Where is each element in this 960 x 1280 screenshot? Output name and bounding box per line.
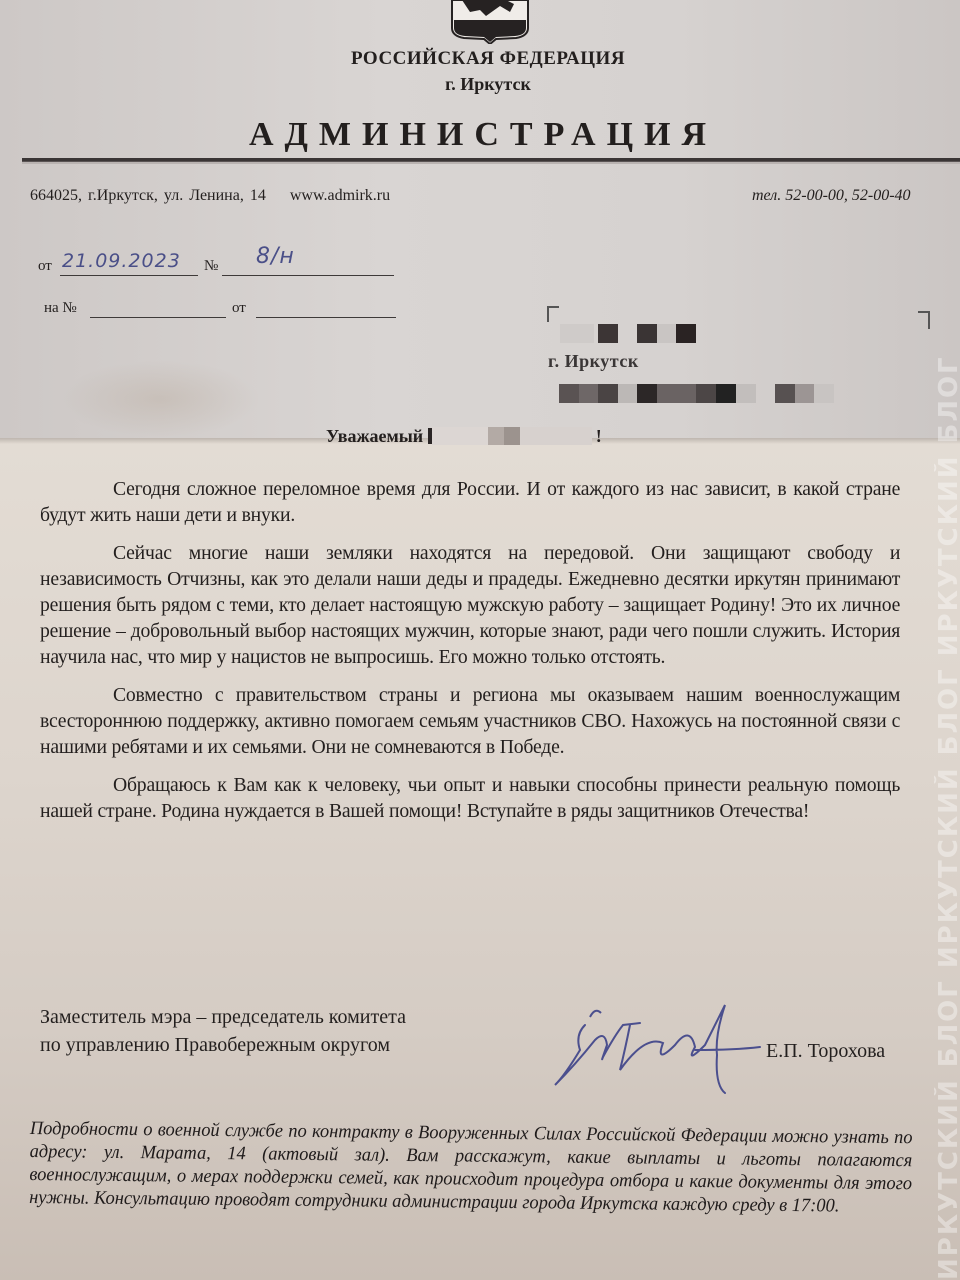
ref-number-label: на №: [44, 300, 77, 317]
greeting-name-redacted: [432, 427, 592, 445]
watermark-irkutsk-blog: ИРКУТСКИЙ БЛОГ ИРКУТСКИЙ БЛОГ ИРКУТСКИЙ …: [934, 0, 960, 1280]
footnote-recruitment-info: Подробности о военной службе по контракт…: [29, 1117, 913, 1218]
signatory-title-line-1: Заместитель мэра – председатель комитета: [40, 1003, 406, 1031]
signatory-title-line-2: по управлению Правобережным округом: [40, 1031, 406, 1059]
phone-label: тел.: [752, 187, 781, 204]
letterhead-country: РОССИЙСКАЯ ФЕДЕРАЦИЯ: [0, 48, 960, 70]
body-paragraph-1: Сегодня сложное переломное время для Рос…: [40, 476, 900, 528]
phone-numbers: 52-00-00, 52-00-40: [785, 187, 910, 204]
letterhead-city: г. Иркутск: [0, 74, 960, 95]
letterhead-phone-line: тел. 52-00-00, 52-00-40: [752, 187, 911, 205]
letterhead-divider: [22, 158, 960, 162]
recipient-corner-mark-left: [547, 306, 559, 322]
body-paragraph-3: Совместно с правительством страны и реги…: [40, 682, 900, 760]
body-paragraph-4: Обращаюсь к Вам как к человеку, чьи опыт…: [40, 772, 900, 824]
number-label: №: [204, 258, 218, 275]
handwritten-signature-icon: [545, 995, 770, 1100]
number-field: [222, 255, 394, 276]
recipient-city: г. Иркутск: [548, 351, 639, 372]
signatory-title: Заместитель мэра – председатель комитета…: [40, 1003, 406, 1059]
ref-number-field: [90, 297, 226, 318]
letter-body: Сегодня сложное переломное время для Рос…: [40, 476, 900, 836]
greeting: Уважаемый !: [326, 426, 602, 447]
letterhead-address: 664025, г.Иркутск, ул. Ленина, 14: [30, 187, 266, 204]
signatory-name: Е.П. Торохова: [766, 1040, 885, 1063]
recipient-corner-mark-right: [918, 311, 930, 329]
letterhead-organization: АДМИНИСТРАЦИЯ: [0, 116, 960, 154]
letterhead-website: www.admirk.ru: [290, 187, 390, 204]
ref-date-field: [256, 297, 396, 318]
number-value: 8/н: [256, 244, 295, 269]
coat-of-arms-icon: [450, 0, 530, 44]
body-paragraph-2: Сейчас многие наши земляки находятся на …: [40, 540, 900, 670]
date-value: 21.09.2023: [62, 250, 181, 272]
date-label: от: [38, 258, 52, 275]
greeting-suffix: !: [596, 426, 602, 446]
ref-date-label: от: [232, 300, 246, 317]
letterhead-address-line: 664025, г.Иркутск, ул. Ленина, 14 www.ad…: [30, 187, 390, 205]
greeting-prefix: Уважаемый: [326, 426, 423, 446]
